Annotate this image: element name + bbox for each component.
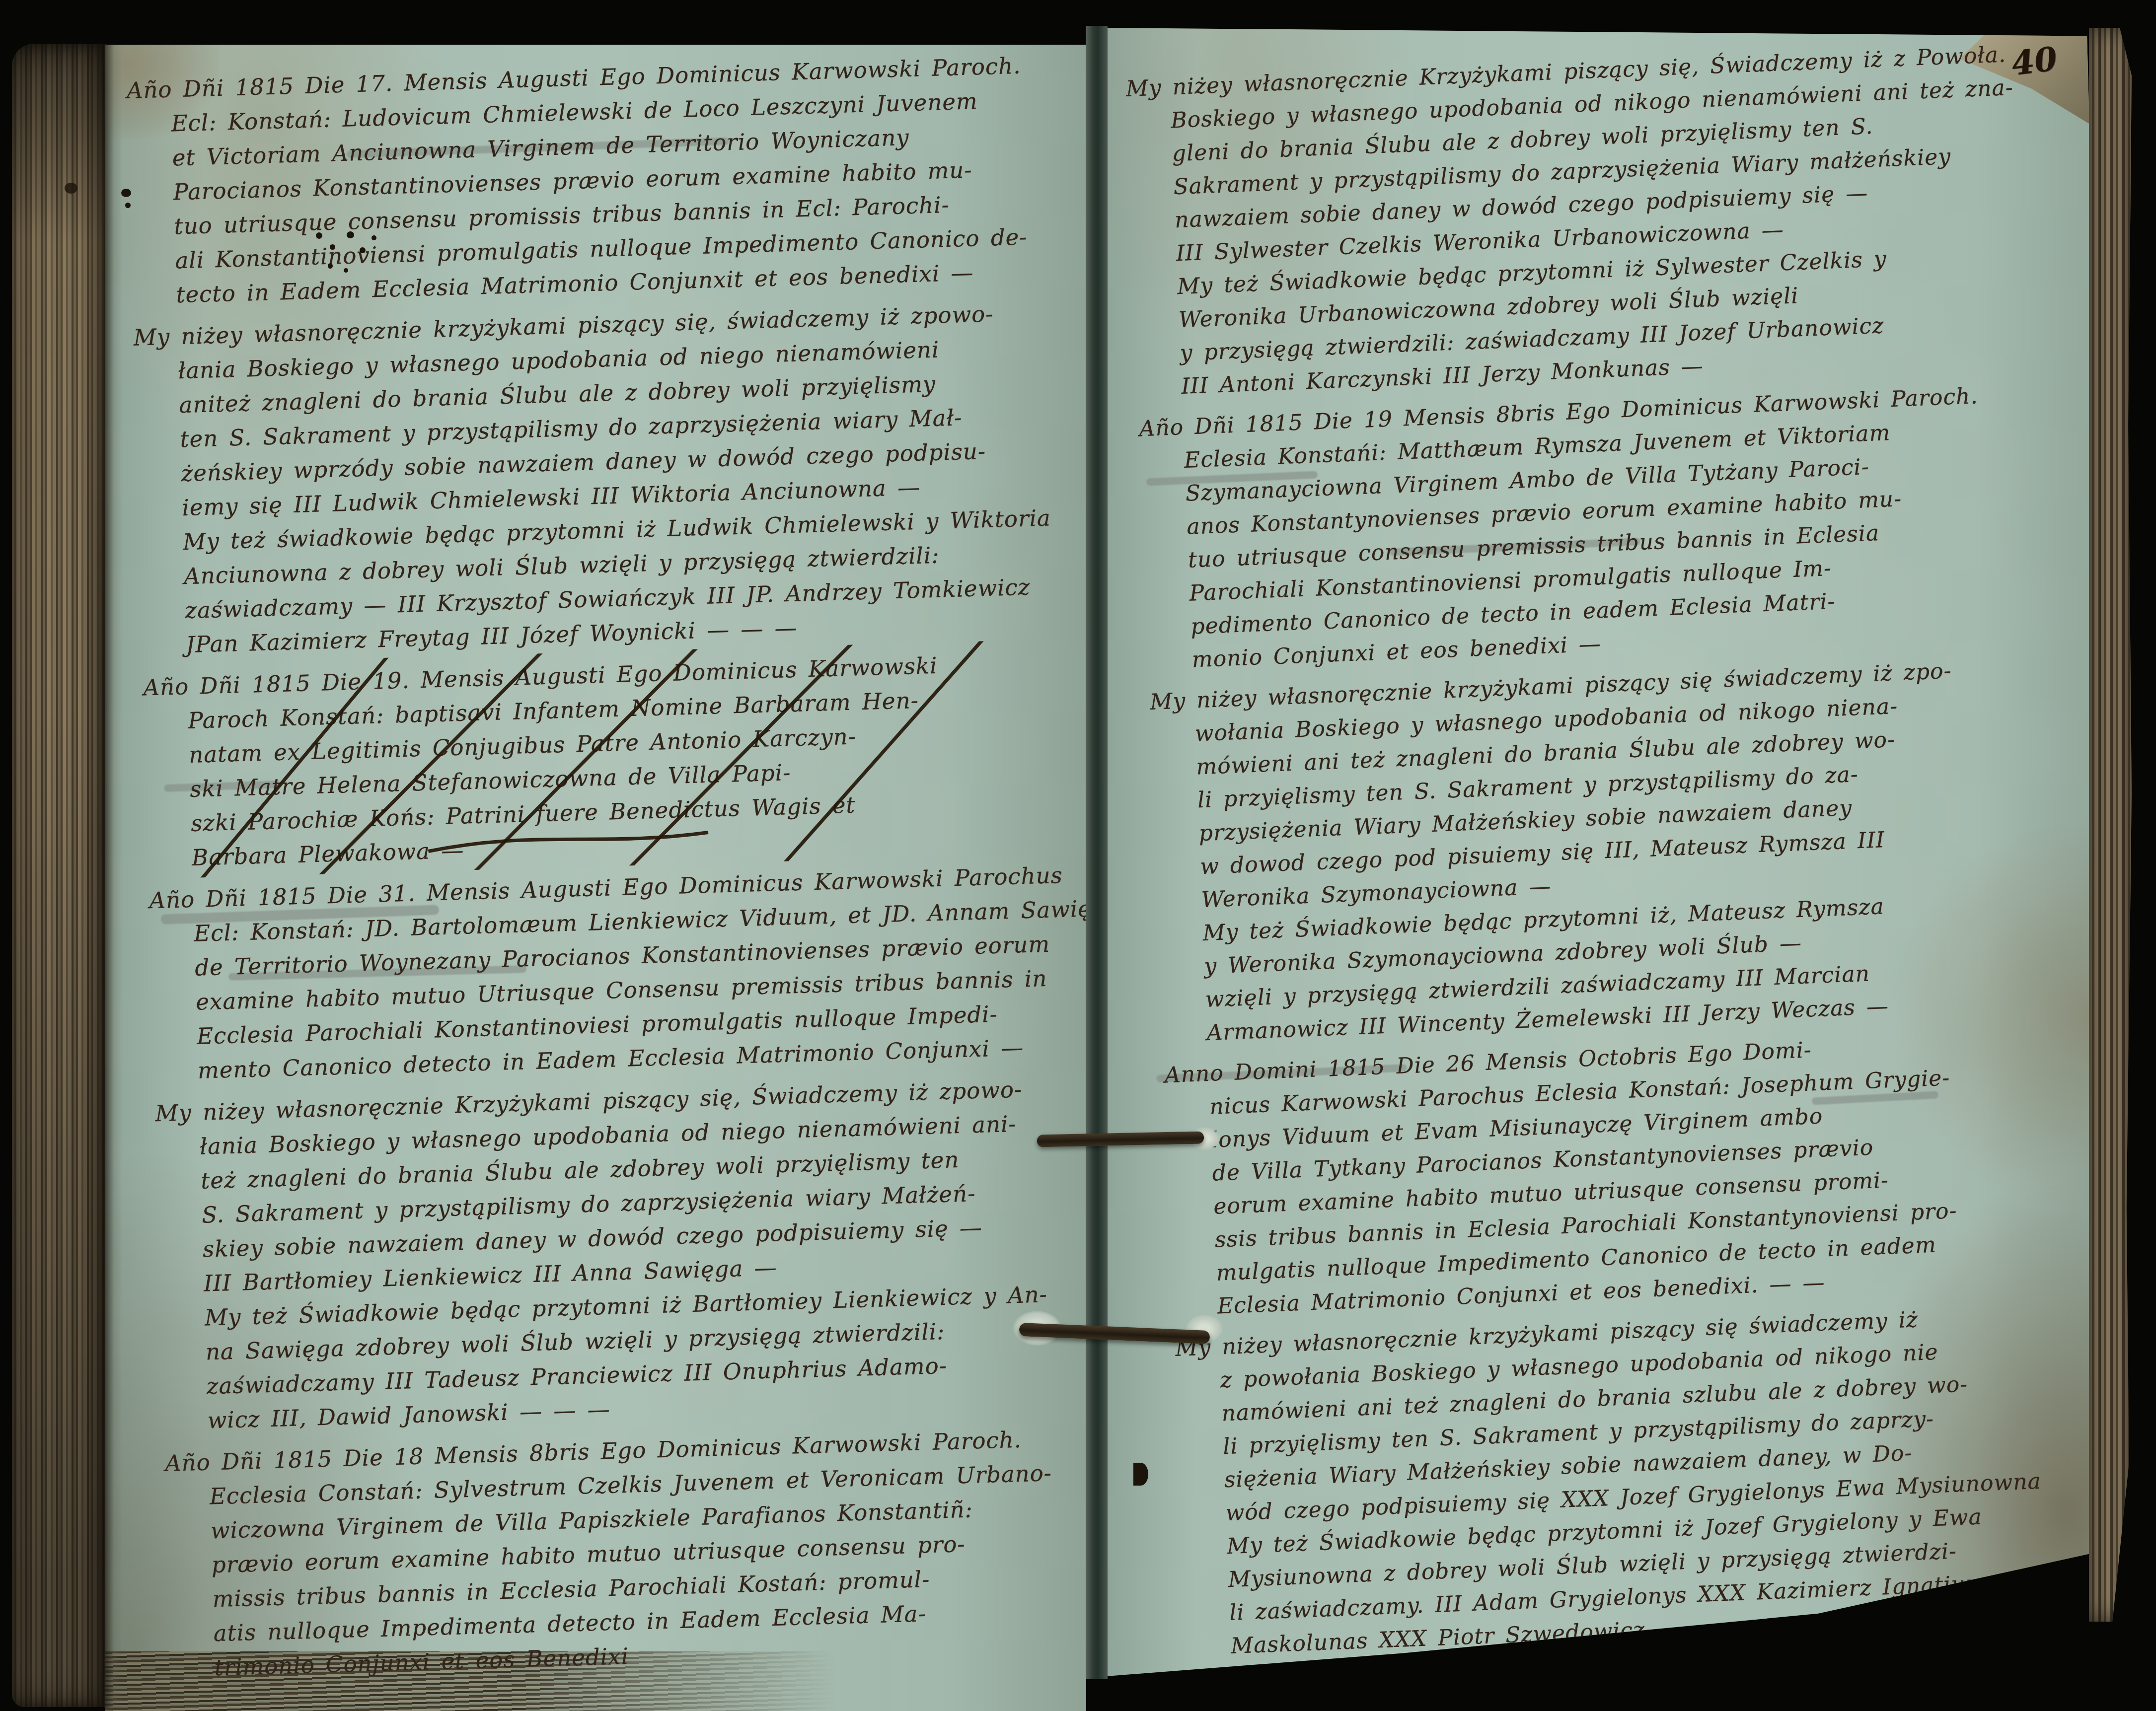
- right-page: 40 My niżey własnoręcznie Krzyżykami pis…: [1107, 28, 2095, 1676]
- register-record: My niżey własnoręcznie krzyżykami pisząc…: [1175, 1294, 2095, 1664]
- register-record: My niżey własnoręcznie krzyżykami pisząc…: [1149, 648, 2095, 1051]
- register-book-scan: Año Dñi 1815 Die 17. Mensis Augusti Ego …: [0, 0, 2156, 1711]
- register-record: My niżey własnoręcznie Krzyżykami pisząc…: [1125, 35, 2095, 405]
- ink-blot: [1133, 1463, 1148, 1486]
- ink-blot: [65, 183, 77, 194]
- page-number: 40: [2009, 39, 2060, 83]
- ink-blot: [125, 203, 131, 208]
- register-record: Año Dñi 1815 Die 17. Mensis Augusti Ego …: [126, 47, 1084, 313]
- left-page: Año Dñi 1815 Die 17. Mensis Augusti Ego …: [105, 45, 1086, 1711]
- register-record: My niżey własnoręcznie Krzyżykami pisząc…: [155, 1070, 1086, 1439]
- ink-blot: [121, 189, 131, 197]
- right-page-records: My niżey własnoręcznie Krzyżykami pisząc…: [1125, 35, 2095, 1672]
- register-record: Anno Domini 1815 Die 26 Mensis Octobris …: [1164, 1021, 2095, 1325]
- register-record: Año Dñi 1815 Die 18 Mensis 8bris Ego Dom…: [164, 1420, 1086, 1686]
- ink-blot: [372, 235, 376, 240]
- book-page-stack-left-edge: [12, 44, 107, 1707]
- book-page-stack-right-edge: [2089, 28, 2132, 1622]
- ink-blot: [347, 231, 354, 238]
- register-record: My niżey własnoręcznie krzyżykami pisząc…: [133, 294, 1086, 663]
- ink-blot: [344, 268, 348, 273]
- register-record: Año Dñi 1815 Die 19. Mensis Augusti Ego …: [143, 644, 1086, 876]
- page-stack-crease: [104, 45, 122, 1708]
- ink-blot: [330, 244, 335, 250]
- register-record: Año Dñi 1815 Die 31. Mensis Augusti Ego …: [149, 857, 1086, 1089]
- left-page-records: Año Dñi 1815 Die 17. Mensis Augusti Ego …: [126, 47, 1086, 1694]
- ink-blot: [360, 247, 366, 253]
- register-record: Año Dñi 1815 Die 19 Mensis 8bris Ego Dom…: [1138, 374, 2095, 678]
- ink-blot: [316, 232, 322, 239]
- book-gutter: [1086, 26, 1108, 1679]
- ink-blot: [328, 263, 333, 269]
